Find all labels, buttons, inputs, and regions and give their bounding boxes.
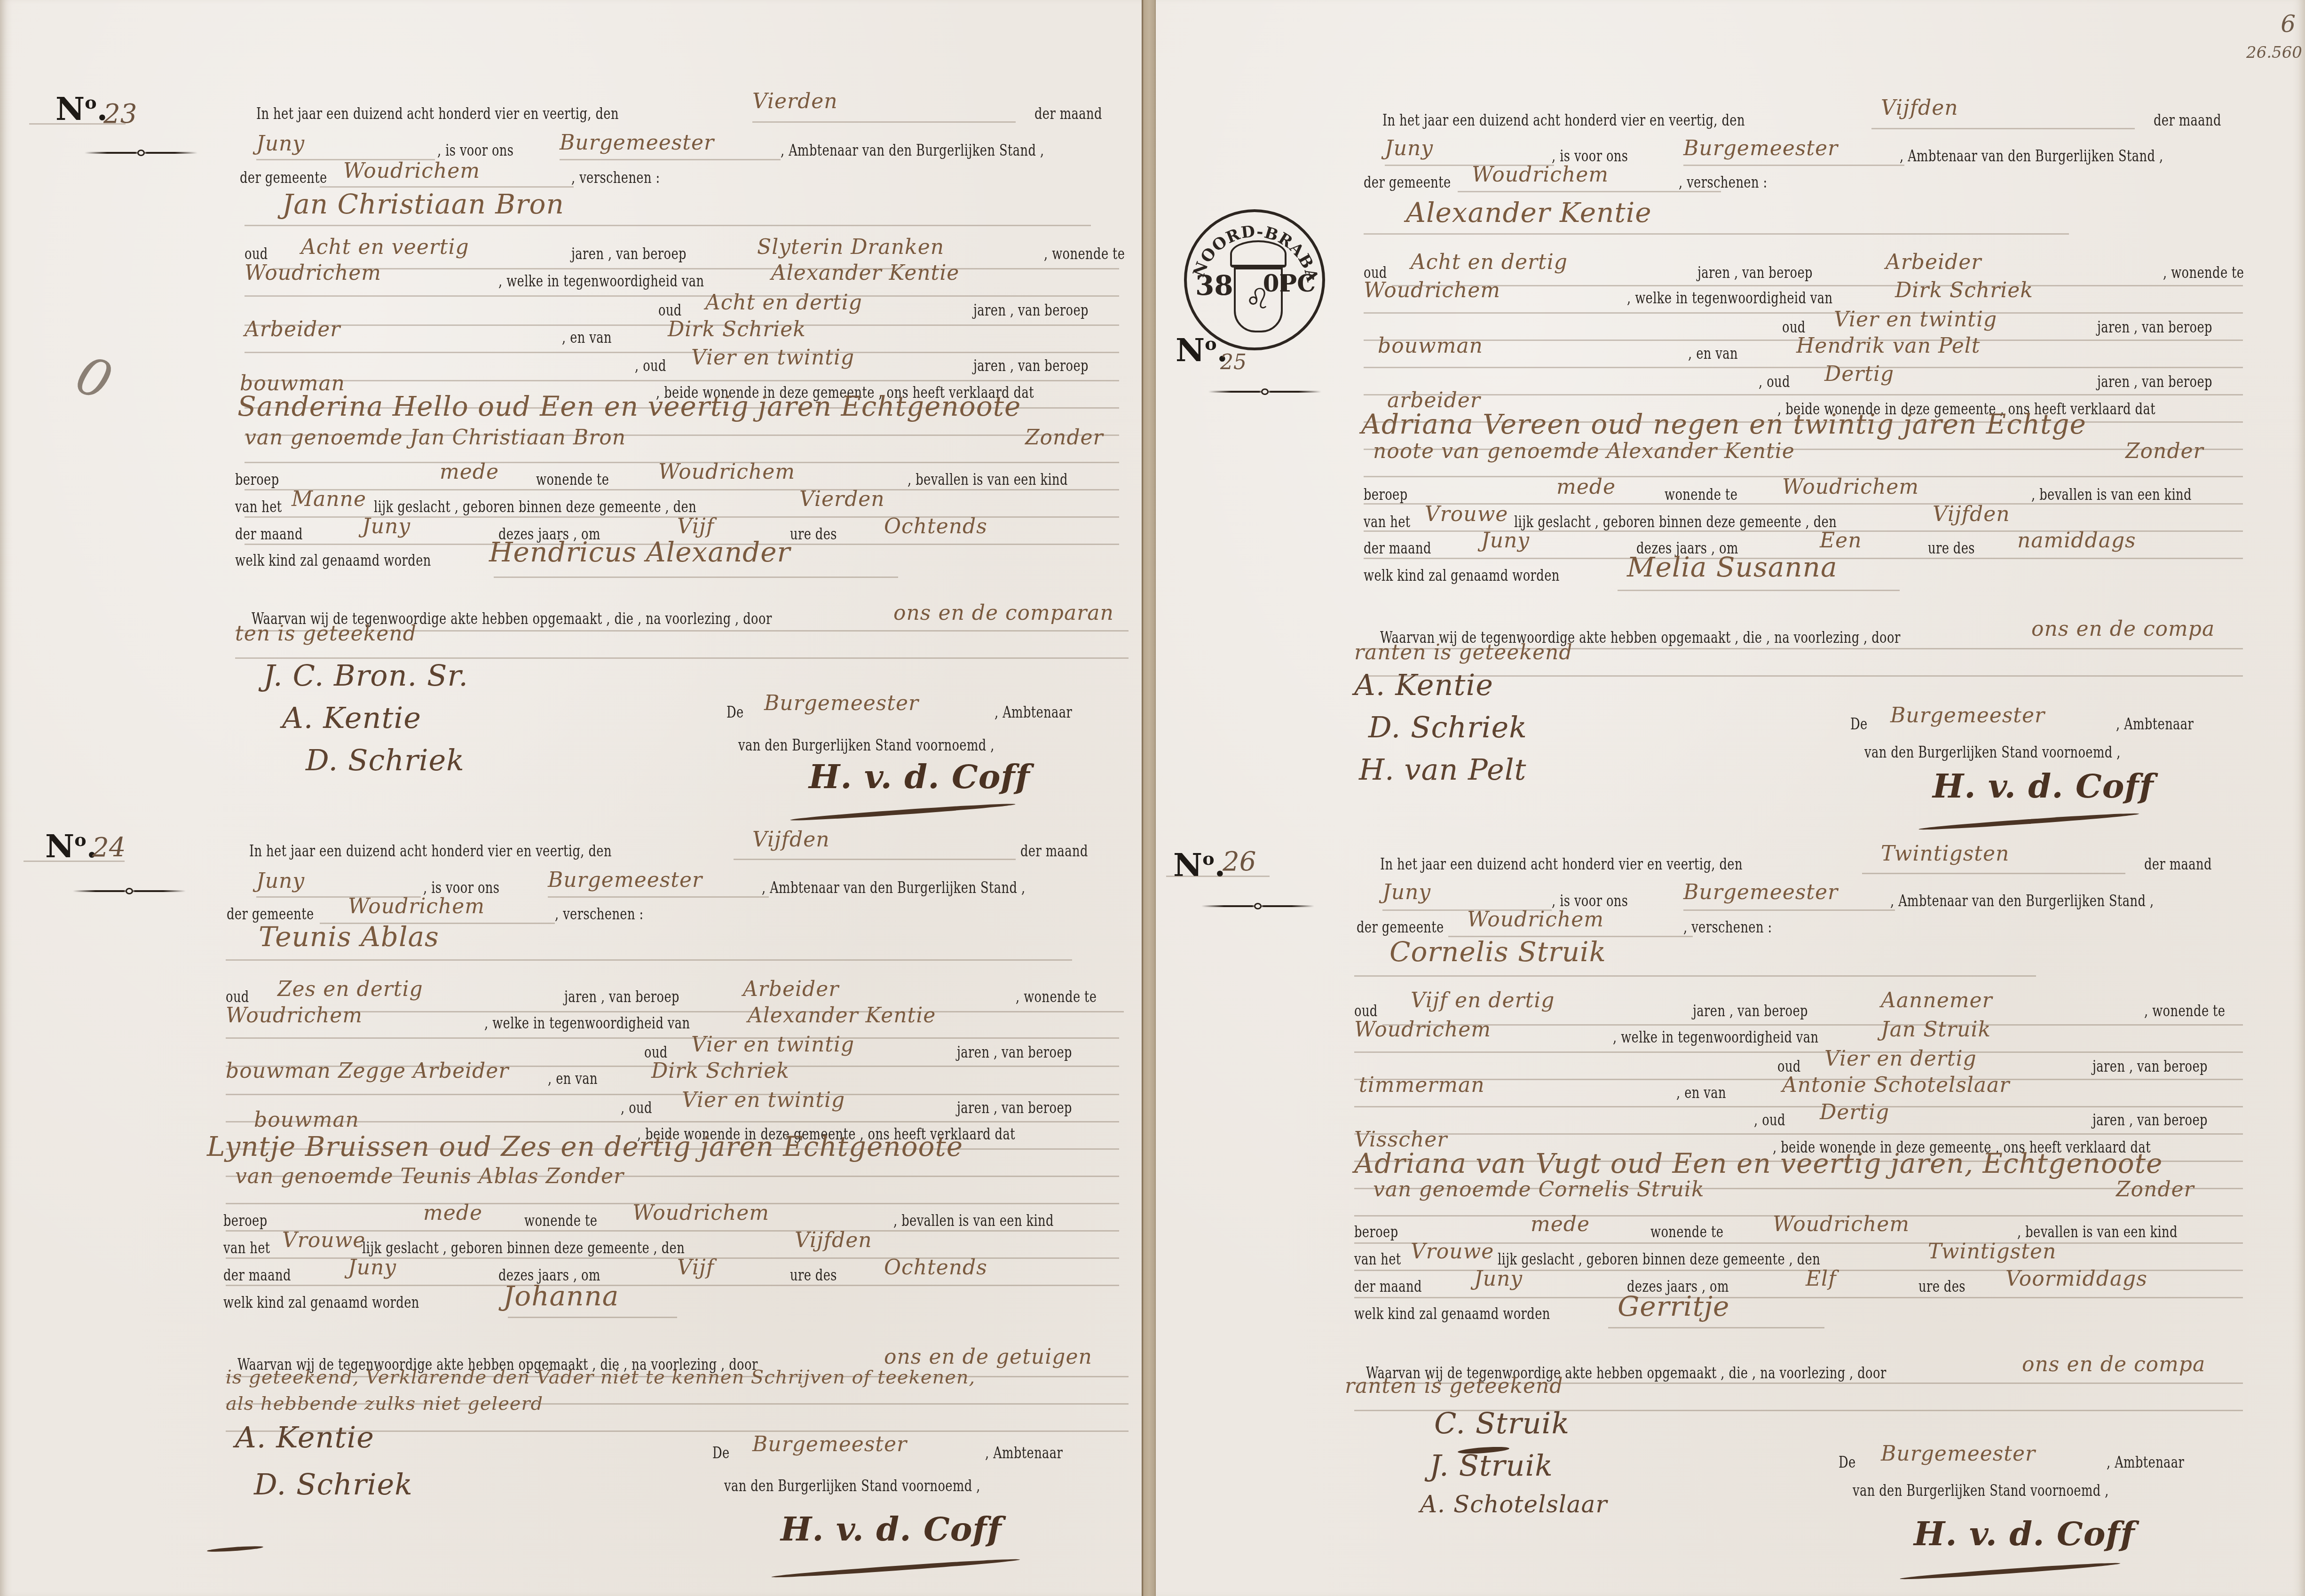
child-name: Gerritje: [1618, 1290, 1729, 1322]
registrar-signature: H. v. d. Coff: [809, 757, 1030, 796]
witness1-name: Alexander Kentie: [771, 261, 959, 285]
time-of-day: namiddags: [2017, 529, 2136, 553]
mother-line2: van genoemde Jan Christiaan Bron: [245, 426, 626, 450]
declarant-residence: Woudrichem: [245, 261, 381, 285]
birth-day: Vijfden: [795, 1228, 872, 1252]
municipality: Woudrichem: [1467, 908, 1604, 932]
declarant-name: Alexander Kentie: [1406, 197, 1652, 229]
zonder: Zonder: [1025, 426, 1104, 450]
witness1-age: Vier en twintig: [691, 1033, 854, 1057]
registrar-signature: H. v. d. Coff: [781, 1509, 1002, 1549]
witness1-name: Jan Struik: [1881, 1018, 1991, 1042]
month: Juny: [1382, 880, 1431, 904]
municipality: Woudrichem: [343, 159, 480, 183]
witness1-occupation: timmerman: [1359, 1073, 1485, 1097]
witness2-name: Hendrik van Pelt: [1796, 334, 1981, 358]
registrar-signature: H. v. d. Coff: [1914, 1514, 2135, 1553]
birth-day: Vierden: [799, 487, 885, 511]
mother-residence: Woudrichem: [1773, 1212, 1910, 1236]
child-name: Melia Susanna: [1627, 551, 1838, 583]
signed-line1: ons en de compa: [2022, 1352, 2205, 1376]
zonder: Zonder: [2125, 439, 2204, 463]
day: Vijfden: [752, 828, 830, 852]
birth-month: Juny: [1481, 529, 1530, 553]
declarant-occupation: Arbeider: [1886, 250, 1981, 274]
mede: mede: [423, 1201, 482, 1225]
witness1-age: Vier en dertig: [1824, 1047, 1977, 1071]
declarant-name: Cornelis Struik: [1389, 936, 1606, 968]
child-sex: Vrouwe: [1425, 502, 1508, 526]
official: Burgemeester: [560, 131, 714, 155]
registrar-signature: H. v. d. Coff: [1933, 766, 2154, 806]
mother-line1: Adriana Vereen oud negen en twintig jare…: [1361, 408, 2086, 440]
witness1-occupation: Arbeider: [245, 317, 340, 341]
declarant-name: Teunis Ablas: [259, 921, 439, 953]
margin-mark: 0: [68, 344, 120, 412]
witness2-age: Dertig: [1820, 1100, 1889, 1124]
birth-month: Juny: [348, 1256, 396, 1280]
witness1-age: Acht en dertig: [705, 291, 862, 315]
witness2-age: Vier en twintig: [691, 346, 854, 370]
book-gutter: [1142, 0, 1157, 1596]
witness1-age: Vier en twintig: [1834, 308, 1997, 332]
month: Juny: [256, 869, 305, 893]
day: Vijfden: [1881, 96, 1958, 120]
day: Twintigsten: [1881, 842, 2009, 866]
birth-day: Vijfden: [1933, 502, 2010, 526]
municipality: Woudrichem: [1472, 163, 1609, 187]
signed-line2: is geteekend, Verklarende den Vader niet…: [226, 1367, 975, 1388]
signature: H. van Pelt: [1359, 752, 1526, 787]
record-number-label: No.: [1173, 846, 1225, 884]
birth-month: Juny: [362, 514, 410, 538]
mede: mede: [1531, 1212, 1590, 1236]
child-sex: Vrouwe: [1411, 1240, 1494, 1264]
record-number: 23: [103, 99, 137, 129]
mother-line1: Lyntje Bruissen oud Zes en dertig jaren …: [207, 1130, 963, 1162]
signed-line1: ons en de comparan: [893, 601, 1114, 625]
municipality: Woudrichem: [348, 894, 485, 918]
mother-line2: van genoemde Cornelis Struik: [1373, 1177, 1705, 1201]
child-sex: Manne: [292, 487, 366, 511]
signature: A. Schotelslaar: [1420, 1491, 1607, 1518]
declarant-occupation: Aannemer: [1881, 988, 1993, 1012]
declarant-residence: Woudrichem: [1354, 1018, 1491, 1042]
signature: A. Kentie: [282, 701, 421, 735]
record-number: 24: [92, 832, 126, 863]
signature: D. Schriek: [254, 1467, 413, 1501]
signed-line2: ranten is geteekend: [1354, 640, 1572, 664]
signature: A. Kentie: [1354, 668, 1493, 702]
record-number-label: No.: [45, 828, 97, 865]
registrar-title: Burgemeester: [1881, 1442, 2036, 1466]
mother-residence: Woudrichem: [632, 1201, 769, 1225]
folio-mark: 6: [2281, 10, 2296, 38]
declarant-age: Acht en veertig: [301, 235, 469, 259]
registrar-title: Burgemeester: [1890, 703, 2045, 727]
divider-ornament: [85, 150, 197, 156]
witness1-name: Dirk Schriek: [1895, 278, 2033, 302]
mother-line2: van genoemde Teunis Ablas Zonder: [235, 1164, 624, 1188]
witness2-age: Vier en twintig: [682, 1088, 845, 1112]
witness1-occupation: bouwman: [1378, 334, 1483, 358]
declarant-age: Vijf en dertig: [1411, 988, 1555, 1012]
declarant-residence: Woudrichem: [226, 1003, 363, 1027]
tax-stamp: NOORD-BRABAND. ♌ 38 0PC: [1184, 209, 1325, 350]
witness2-age: Dertig: [1824, 362, 1894, 386]
record-number-label: No.: [55, 90, 108, 128]
signed-line2: ten is geteekend: [235, 622, 417, 646]
mother-line1: Adriana van Vugt oud Een en veertig jare…: [1354, 1147, 2163, 1179]
signed-line1: ons en de getuigen: [884, 1345, 1092, 1369]
mede: mede: [440, 460, 499, 484]
witness1-name: Alexander Kentie: [748, 1003, 936, 1027]
month: Juny: [256, 132, 305, 156]
divider-ornament: [1208, 388, 1321, 395]
registrar-title: Burgemeester: [752, 1432, 907, 1456]
witness2-name: Antonie Schotelslaar: [1782, 1073, 2010, 1097]
signature: A. Kentie: [235, 1420, 374, 1454]
birth-day: Twintigsten: [1928, 1240, 2056, 1264]
signature: C. Struik: [1434, 1406, 1570, 1440]
signed-line3: als hebbende zulks niet geleerd: [226, 1393, 543, 1414]
divider-ornament: [73, 888, 186, 894]
time-of-day: Ochtends: [884, 1256, 987, 1280]
witness2-occupation: bouwman: [254, 1108, 359, 1132]
mother-line2: noote van genoemde Alexander Kentie: [1373, 439, 1795, 463]
child-sex: Vrouwe: [282, 1228, 365, 1252]
official: Burgemeester: [1683, 880, 1838, 904]
open-register-book: 0 No. 23 In het jaar een duizend acht ho…: [0, 0, 2305, 1596]
registrar-title: Burgemeester: [764, 691, 919, 715]
left-page: 0 No. 23 In het jaar een duizend acht ho…: [0, 0, 1144, 1596]
divider-ornament: [1201, 903, 1314, 909]
declarant-age: Zes en dertig: [277, 977, 423, 1001]
child-name: Johanna: [503, 1280, 619, 1312]
signature: J. C. Bron. Sr.: [263, 658, 468, 693]
crown-icon: [1230, 240, 1287, 268]
declarant-residence: Woudrichem: [1364, 278, 1500, 302]
birth-hour: Vijf: [677, 514, 714, 538]
zonder: Zonder: [2116, 1177, 2194, 1201]
signature: D. Schriek: [306, 743, 465, 777]
declarant-occupation: Arbeider: [743, 977, 839, 1001]
birth-hour: Elf: [1806, 1267, 1836, 1291]
mother-residence: Woudrichem: [1782, 475, 1919, 499]
witness2-name: Dirk Schriek: [651, 1059, 789, 1083]
folio-page-ref: 26.560: [2246, 43, 2302, 62]
time-of-day: Voormiddags: [2005, 1267, 2147, 1291]
signed-line1: ons en de compa: [2031, 617, 2215, 641]
declarant-age: Acht en dertig: [1411, 250, 1568, 274]
signature: D. Schriek: [1368, 710, 1527, 744]
record-number: 25: [1220, 350, 1247, 374]
official: Burgemeester: [548, 868, 703, 892]
mede: mede: [1556, 475, 1616, 499]
birth-hour: Een: [1820, 529, 1862, 553]
month: Juny: [1385, 136, 1433, 160]
signed-line2: ranten is geteekend: [1345, 1374, 1563, 1398]
birth-hour: Vijf: [677, 1256, 714, 1280]
declarant-name: Jan Christiaan Bron: [282, 188, 564, 220]
declarant-occupation: Slyterin Dranken: [757, 235, 944, 259]
record-number: 26: [1223, 846, 1256, 877]
birth-month: Juny: [1474, 1267, 1523, 1291]
child-name: Hendricus Alexander: [489, 536, 790, 568]
witness2-name: Dirk Schriek: [668, 317, 806, 341]
official: Burgemeester: [1683, 136, 1838, 160]
mother-residence: Woudrichem: [658, 460, 795, 484]
time-of-day: Ochtends: [884, 514, 987, 538]
mother-line1: Sanderina Hello oud Een en veertig jaren…: [237, 390, 1021, 422]
signature: J. Struik: [1429, 1448, 1553, 1483]
day: Vierden: [752, 89, 838, 113]
witness1-occupation: bouwman Zegge Arbeider: [226, 1059, 509, 1083]
